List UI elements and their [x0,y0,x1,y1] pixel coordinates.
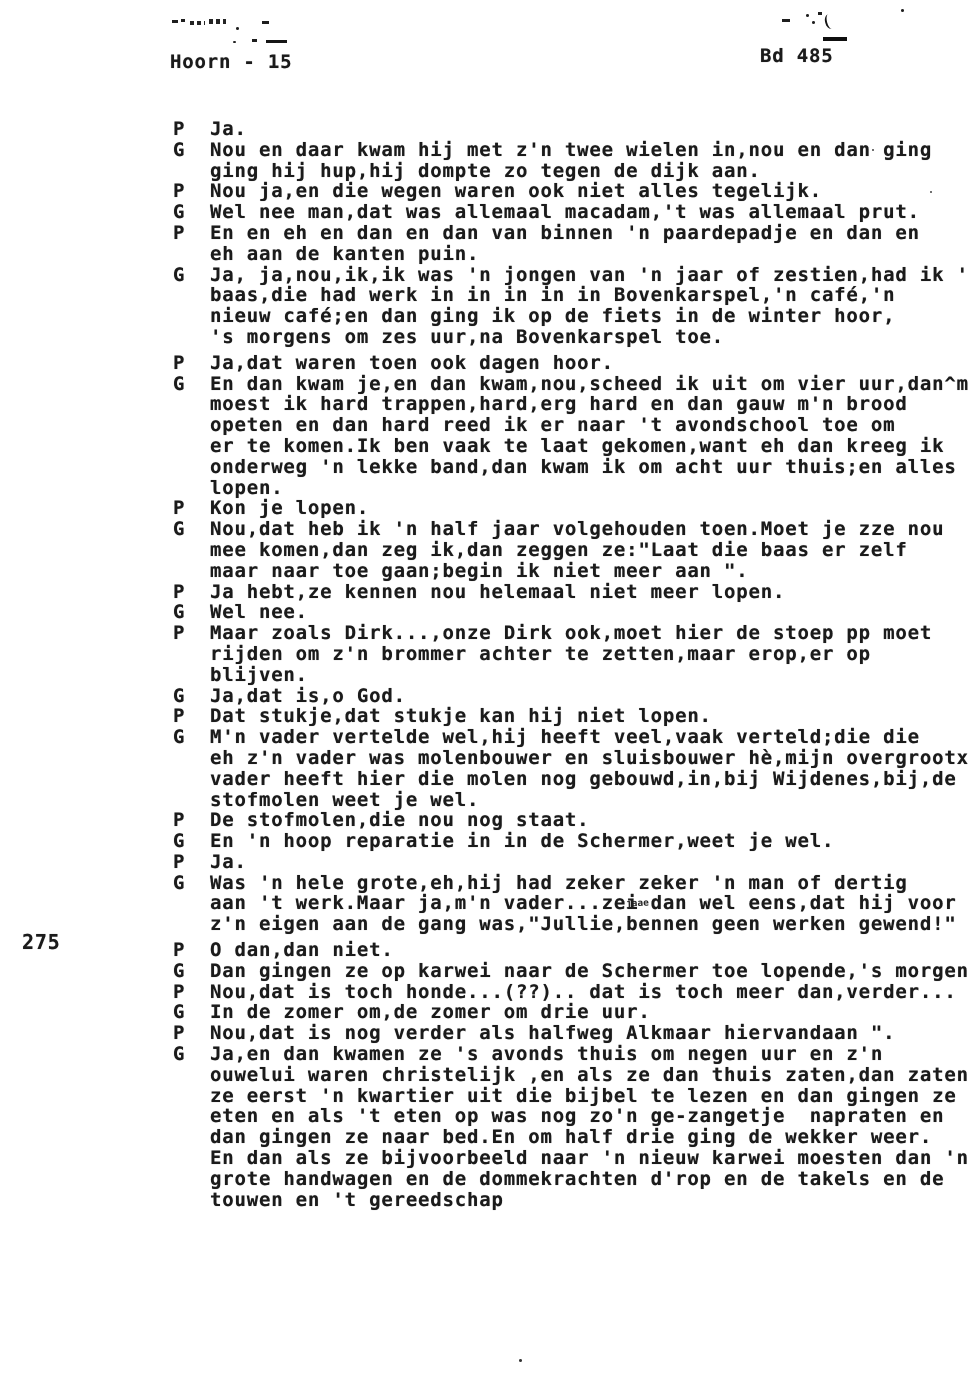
page-title: Hoorn - 15 [170,51,292,73]
dialogue-row: P O dan,dan niet. [173,940,979,961]
dialogue-text: Nou en daar kwam hij met z'n twee wielen… [210,140,979,182]
dialogue-text: Wel nee. [210,602,979,623]
dialogue-row: P Ja hebt,ze kennen nou helemaal niet me… [173,582,979,603]
dialogue-text: Dat stukje,dat stukje kan hij niet lopen… [210,706,979,727]
dialogue-text: Ja. [210,852,979,873]
dialogue-text: Kon je lopen. [210,498,979,519]
speaker-label: G [173,602,210,623]
scan-artifact [519,1359,522,1362]
dialogue-text: Nou,dat is nog verder als halfweg Alkmaa… [210,1023,979,1044]
dialogue-text: En dan kwam je,en dan kwam,nou,scheed ik… [210,374,979,499]
scan-artifact [190,21,205,25]
dialogue-row: G Nou,dat heb ik 'n half jaar volgehoude… [173,519,979,581]
scanned-transcript-page: Hoorn - 15 Bd 485 275 P Ja. G Nou en daa… [0,0,979,1396]
speaker-label: P [173,223,210,265]
dialogue-row: P Nou,dat is nog verder als halfweg Alkm… [173,1023,979,1044]
scan-artifact [823,13,836,30]
dialogue-row: G Wel nee man,dat was allemaal macadam,'… [173,202,979,223]
scan-artifact [930,191,932,193]
dialogue-row: P Ja. [173,852,979,873]
dialogue-row: G In de zomer om,de zomer om drie uur. [173,1002,979,1023]
speaker-label: G [173,961,210,982]
volume-reference: Bd 485 [760,45,833,67]
speaker-label: P [173,582,210,603]
dialogue-row: P Dat stukje,dat stukje kan hij niet lop… [173,706,979,727]
dialogue-text: Ja,dat waren toen ook dagen hoor. [210,353,979,374]
dialogue-row: P De stofmolen,die nou nog staat. [173,810,979,831]
dialogue-row: G Was 'n hele grote,eh,hij had zeker zek… [173,873,979,935]
dialogue-row: P Nou,dat is toch honde...(??).. dat is … [173,982,979,1003]
margin-line-number: 275 [22,930,61,954]
dialogue-text: Ja, ja,nou,ik,ik was 'n jongen van 'n ja… [210,265,979,348]
scan-artifact [901,9,904,12]
dialogue-row: P Kon je lopen. [173,498,979,519]
scan-artifact [872,149,874,151]
speaker-label: P [173,810,210,831]
speaker-label: P [173,982,210,1003]
typed-insertion-correction: jaae [626,899,649,909]
speaker-label: P [173,852,210,873]
dialogue-text: Was 'n hele grote,eh,hij had zeker zeker… [210,873,979,935]
dialogue-row: P Nou ja,en die wegen waren ook niet all… [173,181,979,202]
dialogue-text: Dan gingen ze op karwei naar de Schermer… [210,961,979,982]
dialogue-text: Ja,en dan kwamen ze 's avonds thuis om n… [210,1044,979,1210]
dialogue-row: G En dan kwam je,en dan kwam,nou,scheed … [173,374,979,499]
scan-artifact [812,21,815,24]
scan-artifact [806,14,809,17]
dialogue-text: De stofmolen,die nou nog staat. [210,810,979,831]
dialogue-row: P Ja. [173,119,979,140]
dialogue-text: Nou,dat is toch honde...(??).. dat is to… [210,982,979,1003]
speaker-label: G [173,873,210,935]
dialogue-row: G Ja,dat is,o God. [173,686,979,707]
scan-artifact [233,41,236,43]
speaker-label: G [173,519,210,581]
scan-artifact [818,12,822,15]
dialogue-row: P Maar zoals Dirk...,onze Dirk ook,moet … [173,623,979,685]
dialogue-text: En 'n hoop reparatie in in de Schermer,w… [210,831,979,852]
speaker-label: G [173,374,210,499]
dialogue-text: Nou,dat heb ik 'n half jaar volgehouden … [210,519,979,581]
speaker-label: G [173,831,210,852]
dialogue-text: Wel nee man,dat was allemaal macadam,'t … [210,202,979,223]
dialogue-row: G Ja,en dan kwamen ze 's avonds thuis om… [173,1044,979,1210]
dialogue-text: En en eh en dan en dan van binnen 'n paa… [210,223,979,265]
speaker-label: G [173,140,210,182]
speaker-label: P [173,353,210,374]
dialogue-transcript: P Ja. G Nou en daar kwam hij met z'n twe… [173,119,979,1210]
scan-artifact [172,20,178,23]
scan-artifact [236,27,239,30]
dialogue-row: G Nou en daar kwam hij met z'n twee wiel… [173,140,979,182]
dialogue-row: P En en eh en dan en dan van binnen 'n p… [173,223,979,265]
speaker-label: P [173,119,210,140]
speaker-label: P [173,1023,210,1044]
scan-artifact [252,39,257,42]
speaker-label: G [173,1044,210,1210]
dialogue-row: P Ja,dat waren toen ook dagen hoor. [173,353,979,374]
scan-artifact [266,40,287,43]
scan-artifact [782,19,790,22]
speaker-label: P [173,623,210,685]
speaker-label: P [173,940,210,961]
dialogue-text: Nou ja,en die wegen waren ook niet alles… [210,181,979,202]
dialogue-text: O dan,dan niet. [210,940,979,961]
dialogue-row: G Wel nee. [173,602,979,623]
dialogue-text: M'n vader vertelde wel,hij heeft veel,va… [210,727,979,810]
speaker-label: P [173,181,210,202]
speaker-label: G [173,727,210,810]
speaker-label: G [173,1002,210,1023]
dialogue-text: Ja,dat is,o God. [210,686,979,707]
dialogue-row: G Ja, ja,nou,ik,ik was 'n jongen van 'n … [173,265,979,348]
scan-artifact [209,19,226,24]
dialogue-text: Ja. [210,119,979,140]
dialogue-row: G M'n vader vertelde wel,hij heeft veel,… [173,727,979,810]
speaker-label: G [173,265,210,348]
speaker-label: P [173,498,210,519]
scan-artifact [181,19,185,22]
dialogue-row: G En 'n hoop reparatie in in de Schermer… [173,831,979,852]
dialogue-row: G Dan gingen ze op karwei naar de Scherm… [173,961,979,982]
speaker-label: G [173,202,210,223]
speaker-label: P [173,706,210,727]
dialogue-text: In de zomer om,de zomer om drie uur. [210,1002,979,1023]
dialogue-text: Maar zoals Dirk...,onze Dirk ook,moet hi… [210,623,979,685]
scan-artifact [262,21,269,24]
scan-artifact [823,37,847,41]
dialogue-text: Ja hebt,ze kennen nou helemaal niet meer… [210,582,979,603]
speaker-label: G [173,686,210,707]
